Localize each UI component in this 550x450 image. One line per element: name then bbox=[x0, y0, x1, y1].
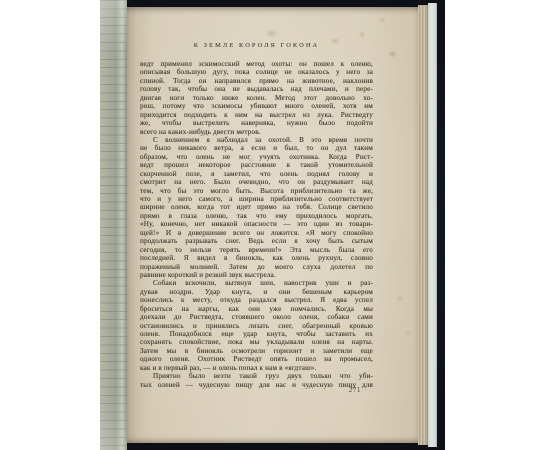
text-line: всего на каких-нибудь двести метров. bbox=[140, 128, 373, 136]
endpaper-edge bbox=[428, 3, 437, 447]
text-line: голову так, чтобы она не выдавалась над … bbox=[140, 85, 373, 93]
text-line: «Ну, конечно, нет никакой опасности — эт… bbox=[140, 220, 373, 228]
screenshot: К ЗЕМЛЕ КОРОЛЯ ГОКОНА ведт применил эски… bbox=[0, 0, 550, 450]
text-line: тем, что бы это могло быть. Высота прибл… bbox=[140, 187, 373, 195]
foxing-spot bbox=[358, 31, 366, 38]
running-head: К ЗЕМЛЕ КОРОЛЯ ГОКОНА bbox=[140, 42, 373, 49]
book-photo-backdrop: К ЗЕМЛЕ КОРОЛЯ ГОКОНА ведт применил эски… bbox=[100, 0, 445, 450]
text-line: ведт прошел некоторое расстояние в такой… bbox=[140, 161, 373, 169]
text-line: смотрит на него. Было очевидно, что он р… bbox=[140, 178, 373, 186]
text-line: дувая ноздри. Удар кнута, и они бешеным … bbox=[140, 288, 373, 296]
text-line: броситься на нарты, как они уже помчалис… bbox=[140, 305, 373, 313]
text-line: не было никакого ветра, а если и был, то… bbox=[140, 144, 373, 152]
left-page-edge-highlight bbox=[100, 0, 127, 450]
text-line: описывая большую дугу, пока солнце не ок… bbox=[140, 68, 373, 76]
text-line: последней. Я видел в бинокль, как олень … bbox=[140, 254, 373, 262]
text-line: же, чтобы выстрелить наверняка, нужно бы… bbox=[140, 119, 373, 127]
text-line: понеслись к месту, откуда раздался выстр… bbox=[140, 296, 373, 304]
fore-edge-pages bbox=[418, 5, 428, 445]
text-line: одного оленя. Охотник Ристведт опять пош… bbox=[140, 355, 373, 363]
text-line: щей!» И в довершение всего он ложится. «… bbox=[140, 229, 373, 237]
left-page-edge bbox=[100, 0, 127, 450]
text-line: продолжать разрывать снег. Ведь если я х… bbox=[140, 237, 373, 245]
text-line: рош, потому что эскимосы убивают много о… bbox=[140, 102, 373, 110]
text-line: Собаки вскочили, вытянув шеи, навострив … bbox=[140, 279, 373, 287]
body-text: ведт применил эскимосский метод охоты: о… bbox=[140, 60, 373, 389]
foxing-spot bbox=[379, 17, 386, 23]
text-line: как и в первый раз, — и олень попал к на… bbox=[140, 364, 373, 372]
text-line: образом, что олень не мог учуять охотник… bbox=[140, 153, 373, 161]
page-number: 271 bbox=[140, 386, 373, 394]
text-line: ширине оленя, когда тот идет прямо на те… bbox=[140, 203, 373, 211]
text-line: доехали до Ристведта, стоявшего около ол… bbox=[140, 313, 373, 321]
text-line: двигая ноги только ниже колен. Метод это… bbox=[140, 94, 373, 102]
text-line: сегодня, то нельзя терять времени!» Эта … bbox=[140, 246, 373, 254]
text-line: приходится подходить к ним на выстрел из… bbox=[140, 111, 373, 119]
page-number-value: 271 bbox=[349, 386, 361, 394]
foxing-spot bbox=[265, 29, 278, 38]
text-line: скорченной позе, я заметил, что олень по… bbox=[140, 170, 373, 178]
text-line: остановились и принялись лизать снег, об… bbox=[140, 322, 373, 330]
text-line: Приятно было везти такой груз двух тольк… bbox=[140, 372, 373, 380]
text-line: пораженный молнией. Затем до моего слуха… bbox=[140, 263, 373, 271]
text-line: сохранять спокойствие, пока мы укладывал… bbox=[140, 338, 373, 346]
